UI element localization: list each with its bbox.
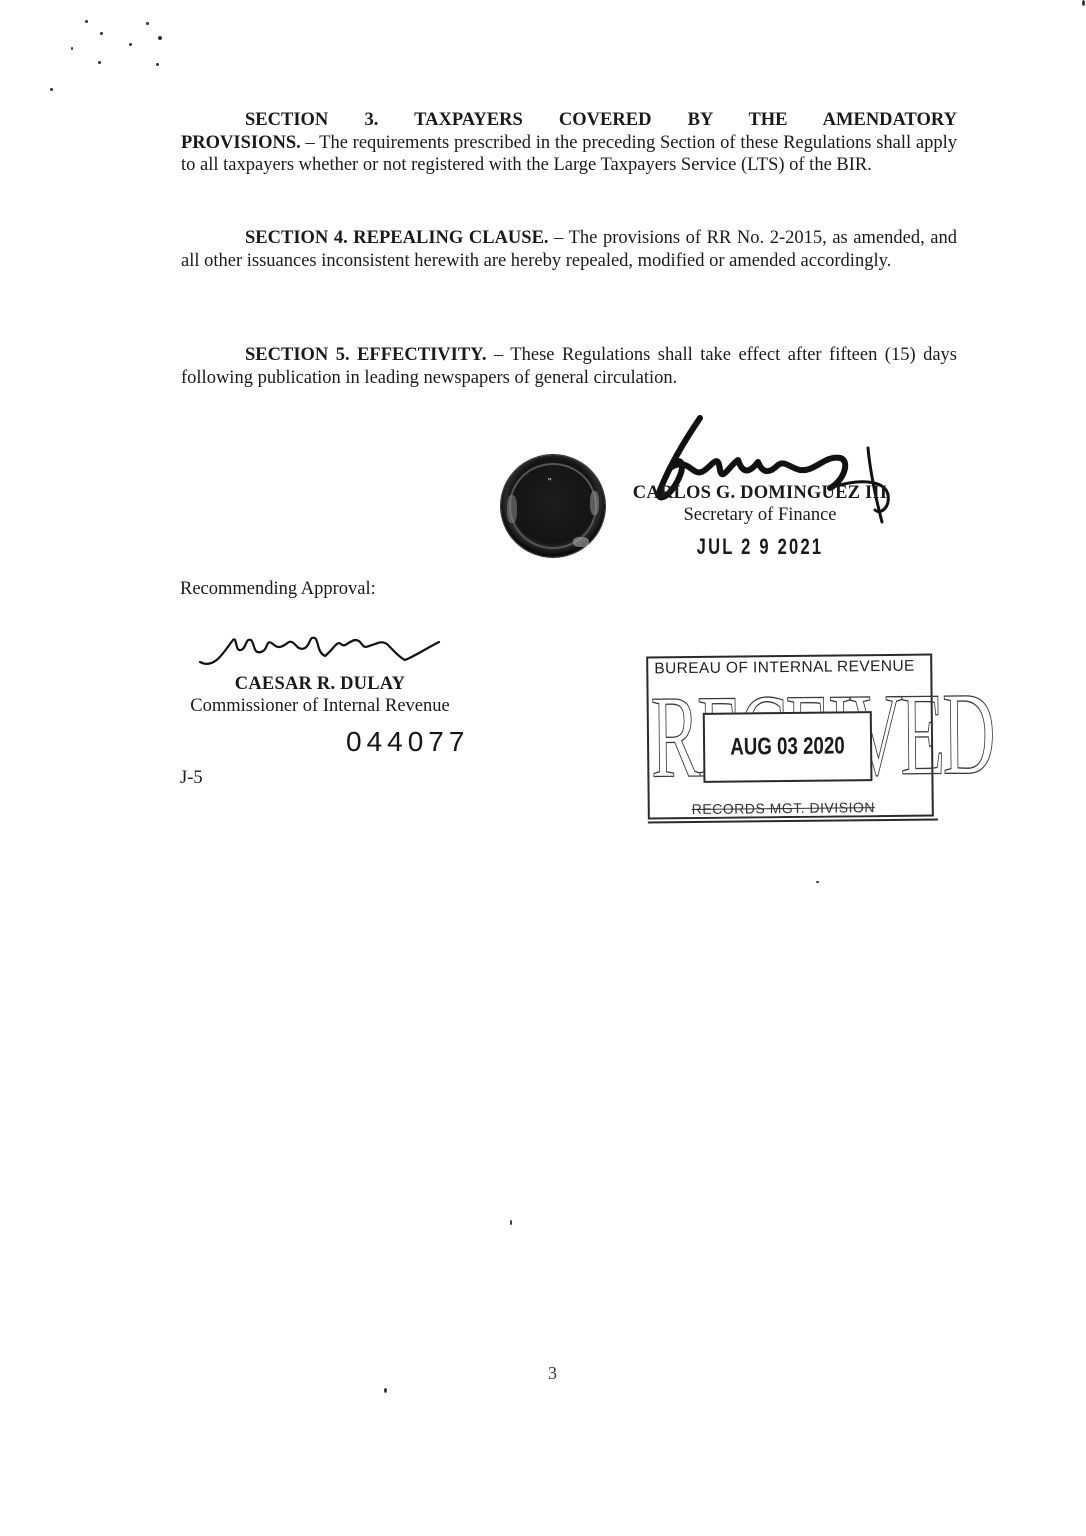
section-3-heading: SECTION 3. TAXPAYERS COVERED BY THE AMEN… bbox=[245, 110, 957, 130]
scan-speck bbox=[50, 88, 53, 91]
commissioner-title: Commissioner of Internal Revenue bbox=[170, 695, 470, 717]
page-number: 3 bbox=[548, 1363, 557, 1384]
scan-speck bbox=[158, 36, 162, 40]
control-number: 044077 bbox=[346, 726, 469, 758]
commissioner-signature-block: CAESAR R. DULAY Commissioner of Internal… bbox=[170, 673, 470, 717]
seal-mark: " bbox=[548, 477, 552, 488]
scan-speck bbox=[1082, 0, 1085, 6]
scan-speck bbox=[510, 1220, 512, 1225]
section-5-heading: SECTION 5. EFFECTIVITY. bbox=[245, 345, 486, 365]
seal-highlight bbox=[590, 491, 599, 515]
scan-speck bbox=[98, 61, 101, 64]
document-code: J-5 bbox=[180, 768, 203, 789]
secretary-date-stamp: JUL 2 9 2021 bbox=[648, 534, 873, 560]
section-4: SECTION 4. REPEALING CLAUSE. – The provi… bbox=[181, 227, 957, 272]
stamp-date: AUG 03 2020 bbox=[730, 732, 845, 761]
secretary-title: Secretary of Finance bbox=[610, 504, 910, 526]
stamp-underline bbox=[648, 818, 938, 823]
scan-speck bbox=[146, 22, 149, 25]
official-seal: " bbox=[501, 455, 605, 557]
received-stamp: BUREAU OF INTERNAL REVENUE RECEIVED AUG … bbox=[646, 654, 934, 820]
seal-highlight bbox=[507, 495, 517, 523]
stamp-date-box: AUG 03 2020 bbox=[703, 711, 873, 783]
secretary-signature-block: CARLOS G. DOMINGUEZ III Secretary of Fin… bbox=[610, 482, 910, 560]
document-page: SECTION 3. TAXPAYERS COVERED BY THE AMEN… bbox=[0, 0, 1086, 1536]
scan-speck bbox=[71, 47, 73, 50]
secretary-name: CARLOS G. DOMINGUEZ III bbox=[610, 482, 910, 504]
stamp-division: RECORDS MGT. DIVISION bbox=[688, 799, 879, 817]
scan-speck bbox=[85, 20, 88, 23]
section-3: SECTION 3. TAXPAYERS COVERED BY THE AMEN… bbox=[181, 109, 957, 177]
commissioner-name: CAESAR R. DULAY bbox=[170, 673, 470, 695]
scan-speck bbox=[129, 43, 132, 46]
section-5: SECTION 5. EFFECTIVITY. – These Regulati… bbox=[181, 344, 957, 389]
scan-speck bbox=[100, 32, 103, 35]
seal-highlight bbox=[573, 537, 589, 547]
scan-speck bbox=[384, 1388, 387, 1393]
scan-speck bbox=[156, 63, 159, 66]
scan-speck bbox=[816, 881, 819, 883]
section-4-heading: SECTION 4. REPEALING CLAUSE. bbox=[245, 228, 549, 248]
recommending-approval-label: Recommending Approval: bbox=[180, 579, 376, 600]
section-3-heading-cont: PROVISIONS. bbox=[181, 133, 301, 153]
